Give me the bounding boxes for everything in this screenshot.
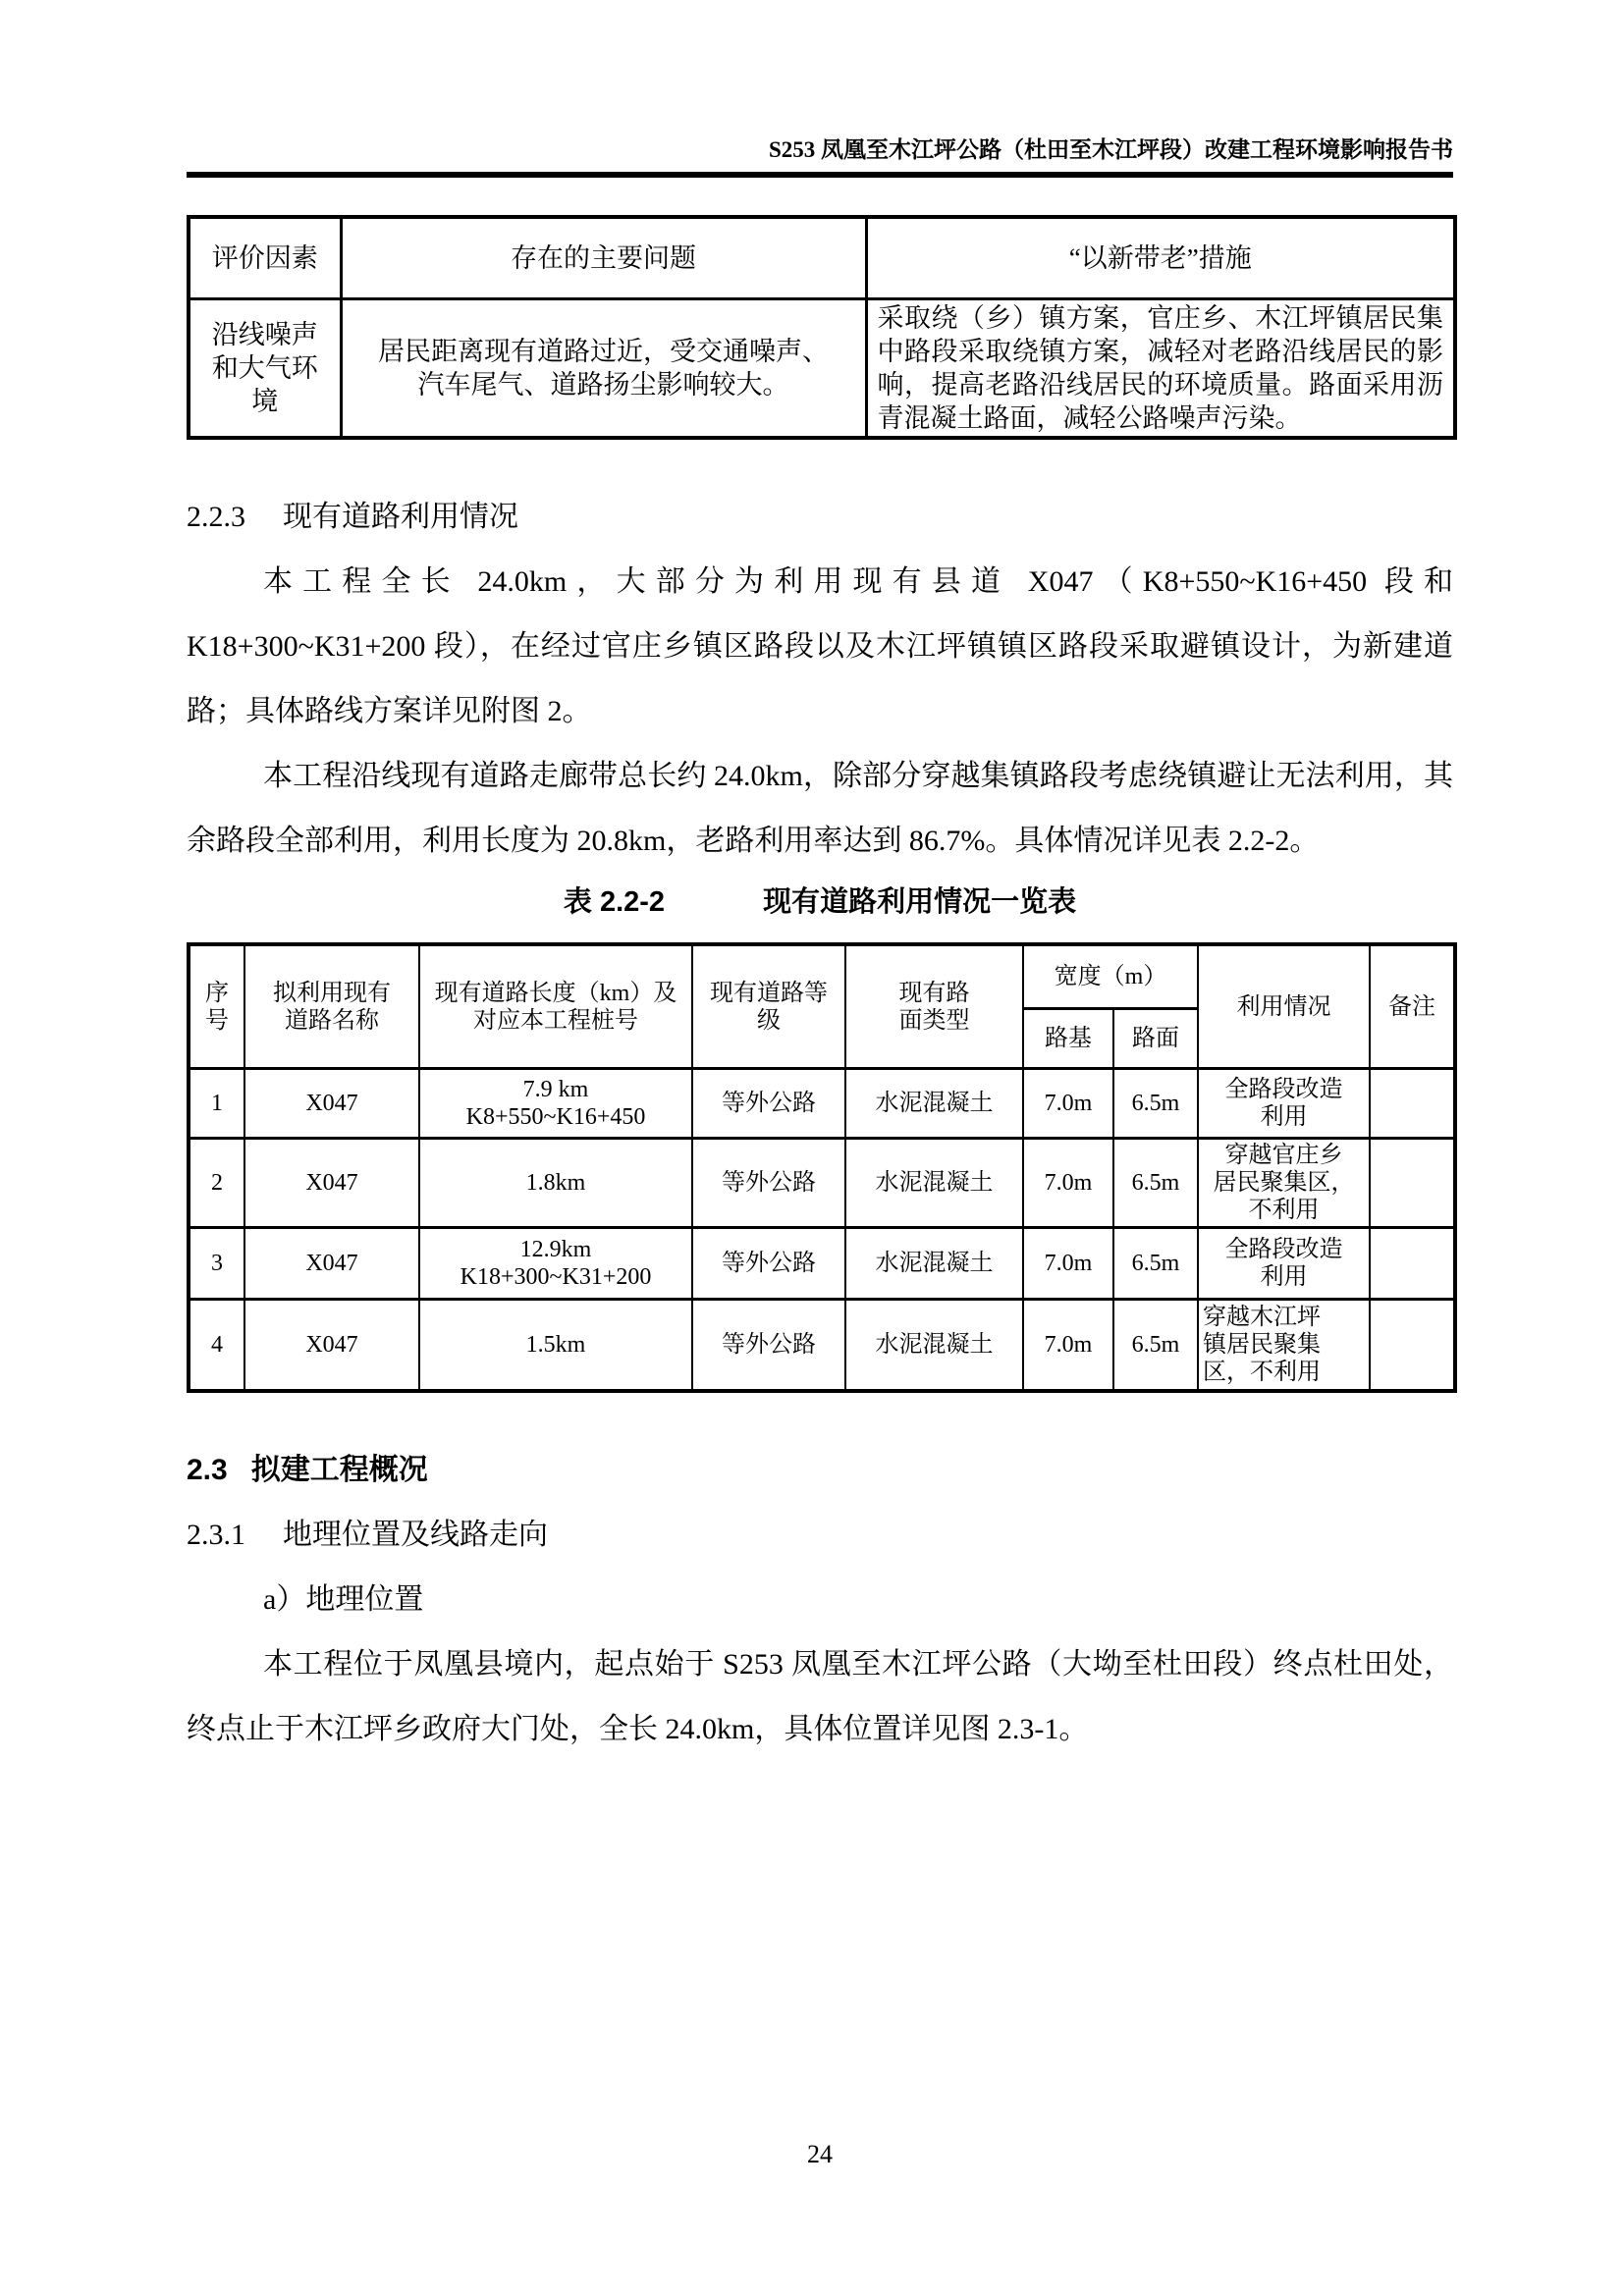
table-row: 2 X047 1.8km 等外公路 水泥混凝土 7.0m 6.5m 穿越官庄乡 … [189, 1139, 1455, 1228]
col-main-problems: 存在的主要问题 [341, 217, 866, 299]
table-row: 1 X047 7.9 km K8+550~K16+450 等外公路 水泥混凝土 … [189, 1069, 1455, 1139]
cell-pavement-width: 6.5m [1113, 1228, 1198, 1300]
col-no: 序 号 [189, 944, 244, 1069]
col-grade: 现有道路等 级 [692, 944, 845, 1069]
table2-header-row-1: 序 号 拟利用现有 道路名称 现有道路长度（km）及 对应本工程桩号 现有道路等… [189, 944, 1455, 1009]
cell-subgrade-width: 7.0m [1023, 1228, 1113, 1300]
cell-length: 1.8km [419, 1139, 692, 1228]
cell-pavement-width: 6.5m [1113, 1069, 1198, 1139]
cell-no: 3 [189, 1228, 244, 1300]
page-header: S253 凤凰至木江坪公路（杜田至木江坪段）改建工程环境影响报告书 [187, 135, 1453, 178]
cell-length: 7.9 km K8+550~K16+450 [419, 1069, 692, 1139]
cell-factor: 沿线噪声 和大气环 境 [189, 299, 341, 439]
caption-label: 表 2.2-2 [564, 886, 665, 918]
cell-subgrade-width: 7.0m [1023, 1139, 1113, 1228]
page-header-title: S253 凤凰至木江坪公路（杜田至木江坪段）改建工程环境影响报告书 [769, 137, 1453, 162]
cell-length: 12.9km K18+300~K31+200 [419, 1228, 692, 1300]
cell-no: 4 [189, 1300, 244, 1392]
cell-road-name: X047 [244, 1300, 419, 1392]
table-header-row: 评价因素 存在的主要问题 “以新带老”措施 [189, 217, 1455, 299]
cell-problem: 居民距离现有道路过近，受交通噪声、 汽车尾气、道路扬尘影响较大。 [341, 299, 866, 439]
section-heading-223: 2.2.3现有道路利用情况 [187, 485, 1453, 550]
col-subgrade: 路基 [1023, 1009, 1113, 1069]
cell-note [1370, 1228, 1455, 1300]
cell-surface: 水泥混凝土 [845, 1139, 1023, 1228]
cell-use: 穿越官庄乡 居民聚集区， 不利用 [1198, 1139, 1370, 1228]
col-measures: “以新带老”措施 [866, 217, 1455, 299]
page-number: 24 [187, 2140, 1453, 2169]
heading-number: 2.3.1 [187, 1503, 245, 1568]
cell-grade: 等外公路 [692, 1069, 845, 1139]
col-width-group: 宽度（m） [1023, 944, 1198, 1009]
col-length: 现有道路长度（km）及 对应本工程桩号 [419, 944, 692, 1069]
heading-title: 现有道路利用情况 [283, 501, 518, 533]
content-area: S253 凤凰至木江坪公路（杜田至木江坪段）改建工程环境影响报告书 评价因素 存… [187, 0, 1453, 1762]
carryover-measures-table: 评价因素 存在的主要问题 “以新带老”措施 沿线噪声 和大气环 境 居民距离现有… [187, 215, 1457, 440]
col-use: 利用情况 [1198, 944, 1370, 1069]
heading-number: 2.2.3 [187, 485, 245, 550]
cell-use: 全路段改造 利用 [1198, 1069, 1370, 1139]
cell-use: 全路段改造 利用 [1198, 1228, 1370, 1300]
cell-road-name: X047 [244, 1069, 419, 1139]
table-caption: 表 2.2-2现有道路利用情况一览表 [187, 876, 1453, 929]
col-road-name: 拟利用现有 道路名称 [244, 944, 419, 1069]
col-eval-factor: 评价因素 [189, 217, 341, 299]
table-row: 4 X047 1.5km 等外公路 水泥混凝土 7.0m 6.5m 穿越木江坪 … [189, 1300, 1455, 1392]
cell-subgrade-width: 7.0m [1023, 1069, 1113, 1139]
paragraph-road-usage-2: 本工程沿线现有道路走廊带总长约 24.0km，除部分穿越集镇路段考虑绕镇避让无法… [187, 744, 1453, 874]
cell-pavement-width: 6.5m [1113, 1300, 1198, 1392]
cell-grade: 等外公路 [692, 1139, 845, 1228]
cell-surface: 水泥混凝土 [845, 1069, 1023, 1139]
road-usage-table: 序 号 拟利用现有 道路名称 现有道路长度（km）及 对应本工程桩号 现有道路等… [187, 942, 1457, 1393]
cell-note [1370, 1069, 1455, 1139]
section-heading-231: 2.3.1地理位置及线路走向 [187, 1503, 1453, 1568]
caption-title: 现有道路利用情况一览表 [763, 886, 1076, 918]
cell-grade: 等外公路 [692, 1228, 845, 1300]
cell-pavement-width: 6.5m [1113, 1139, 1198, 1228]
subsection-label-a: a）地理位置 [187, 1568, 1453, 1632]
paragraph-location: 本工程位于凤凰县境内，起点始于 S253 凤凰至木江坪公路（大坳至杜田段）终点杜… [187, 1632, 1453, 1762]
cell-road-name: X047 [244, 1139, 419, 1228]
document-page: S253 凤凰至木江坪公路（杜田至木江坪段）改建工程环境影响报告书 评价因素 存… [0, 0, 1624, 2296]
cell-road-name: X047 [244, 1228, 419, 1300]
heading-title: 拟建工程概况 [251, 1454, 428, 1486]
cell-length: 1.5km [419, 1300, 692, 1392]
heading-title: 地理位置及线路走向 [283, 1519, 548, 1551]
col-pavement: 路面 [1113, 1009, 1198, 1069]
col-note: 备注 [1370, 944, 1455, 1069]
paragraph-road-usage-1: 本工程全长 24.0km，大部分为利用现有县道 X047（K8+550~K16+… [187, 550, 1453, 744]
cell-surface: 水泥混凝土 [845, 1228, 1023, 1300]
col-surface: 现有路 面类型 [845, 944, 1023, 1069]
cell-surface: 水泥混凝土 [845, 1300, 1023, 1392]
table-row: 沿线噪声 和大气环 境 居民距离现有道路过近，受交通噪声、 汽车尾气、道路扬尘影… [189, 299, 1455, 439]
heading-number: 2.3 [187, 1438, 228, 1503]
cell-measure: 采取绕（乡）镇方案，官庄乡、木江坪镇居民集中路段采取绕镇方案，减轻对老路沿线居民… [866, 299, 1455, 439]
table-row: 3 X047 12.9km K18+300~K31+200 等外公路 水泥混凝土… [189, 1228, 1455, 1300]
cell-no: 1 [189, 1069, 244, 1139]
cell-subgrade-width: 7.0m [1023, 1300, 1113, 1392]
section-heading-23: 2.3拟建工程概况 [187, 1438, 1453, 1503]
cell-use: 穿越木江坪 镇居民聚集 区，不利用 [1198, 1300, 1370, 1392]
cell-grade: 等外公路 [692, 1300, 845, 1392]
cell-note [1370, 1300, 1455, 1392]
cell-note [1370, 1139, 1455, 1228]
cell-no: 2 [189, 1139, 244, 1228]
